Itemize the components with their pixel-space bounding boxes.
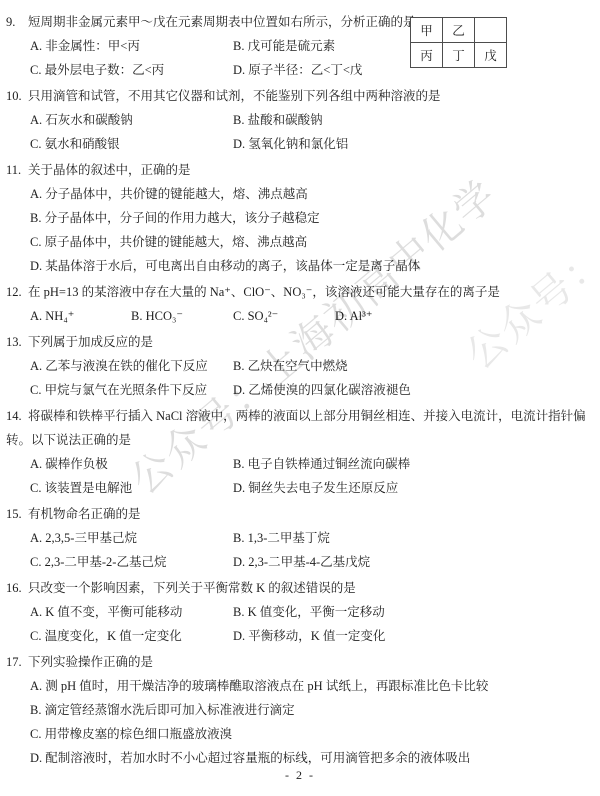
- option-d: D. 某晶体溶于水后，可电离出自由移动的离子，该晶体一定是离子晶体: [30, 254, 600, 278]
- questions-list: 9.短周期非金属元素甲～戊在元素周期表中位置如右所示，分析正确的是 A. 非金属…: [0, 10, 600, 770]
- options-grid: A. 非金属性：甲<丙 B. 戊可能是硫元素 C. 最外层电子数：乙<丙 D. …: [0, 34, 600, 82]
- option-a: A. 测 pH 值时，用干燥洁净的玻璃棒醮取溶液点在 pH 试纸上，再跟标准比色…: [30, 674, 600, 698]
- options-grid: A. 碳棒作负极 B. 电子自铁棒通过铜丝流向碳棒 C. 该装置是电解池 D. …: [0, 452, 600, 500]
- option-b: B. 盐酸和碳酸钠: [233, 108, 600, 132]
- question-12: 12.在 pH=13 的某溶液中存在大量的 Na⁺、ClO⁻、NO₃⁻，该溶液还…: [0, 280, 600, 328]
- option-a: A. 石灰水和碳酸钠: [30, 108, 233, 132]
- question-14: 14.将碳棒和铁棒平行插入 NaCl 溶液中，两棒的液面以上部分用铜丝相连、并接…: [0, 404, 600, 500]
- question-number: 16.: [6, 576, 28, 600]
- table-row: 甲 乙: [411, 18, 507, 43]
- options-list: A. 分子晶体中，共价键的键能越大，熔、沸点越高 B. 分子晶体中，分子间的作用…: [0, 182, 600, 278]
- question-stem-text: 在 pH=13 的某溶液中存在大量的 Na⁺、ClO⁻、NO₃⁻，该溶液还可能大…: [28, 285, 500, 299]
- question-stem: 16.只改变一个影响因素，下列关于平衡常数 K 的叙述错误的是: [0, 576, 600, 600]
- option-a: A. K 值不变，平衡可能移动: [30, 600, 233, 624]
- question-stem-text: 下列实验操作正确的是: [28, 655, 153, 669]
- question-number: 15.: [6, 502, 28, 526]
- option-b: B. 电子自铁棒通过铜丝流向碳棒: [233, 452, 600, 476]
- option-c: C. 甲烷与氯气在光照条件下反应: [30, 378, 233, 402]
- option-a: A. 非金属性：甲<丙: [30, 34, 233, 58]
- option-c: C. SO₄²⁻: [233, 304, 335, 328]
- question-stem: 14.将碳棒和铁棒平行插入 NaCl 溶液中，两棒的液面以上部分用铜丝相连、并接…: [0, 404, 600, 452]
- question-stem: 11.关于晶体的叙述中，正确的是: [0, 158, 600, 182]
- option-b: B. 滴定管经蒸馏水洗后即可加入标准液进行滴定: [30, 698, 600, 722]
- question-number: 13.: [6, 330, 28, 354]
- question-number: 17.: [6, 650, 28, 674]
- option-c: C. 该装置是电解池: [30, 476, 233, 500]
- option-d: D. 乙烯使溴的四氯化碳溶液褪色: [233, 378, 600, 402]
- question-stem: 15.有机物命名正确的是: [0, 502, 600, 526]
- question-9: 9.短周期非金属元素甲～戊在元素周期表中位置如右所示，分析正确的是 A. 非金属…: [0, 10, 600, 82]
- option-b: B. 分子晶体中，分子间的作用力越大，该分子越稳定: [30, 206, 600, 230]
- question-stem: 12.在 pH=13 的某溶液中存在大量的 Na⁺、ClO⁻、NO₃⁻，该溶液还…: [0, 280, 600, 304]
- option-b: B. 1,3-二甲基丁烷: [233, 526, 600, 550]
- options-row: A. NH₄⁺ B. HCO₃⁻ C. SO₄²⁻ D. Al³⁺: [0, 304, 600, 328]
- option-a: A. 2,3,5-三甲基己烷: [30, 526, 233, 550]
- option-c: C. 用带橡皮塞的棕色细口瓶盛放液溴: [30, 722, 600, 746]
- option-d: D. 2,3-二甲基-4-乙基戊烷: [233, 550, 600, 574]
- exam-page: 公众号：上海初高中化学 公众号：上海初高中化学 甲 乙 丙 丁 戊 9.短周期非…: [0, 0, 600, 796]
- question-stem-text: 短周期非金属元素甲～戊在元素周期表中位置如右所示，分析正确的是: [28, 15, 416, 29]
- question-stem-text: 只改变一个影响因素，下列关于平衡常数 K 的叙述错误的是: [28, 581, 356, 595]
- option-a: A. 碳棒作负极: [30, 452, 233, 476]
- option-d: D. 配制溶液时，若加水时不小心超过容量瓶的标线，可用滴管把多余的液体吸出: [30, 746, 600, 770]
- option-d: D. 氢氧化钠和氯化铝: [233, 132, 600, 156]
- table-cell-empty: [475, 18, 507, 43]
- option-c: C. 最外层电子数：乙<丙: [30, 58, 233, 82]
- table-row: 丙 丁 戊: [411, 43, 507, 68]
- question-stem: 13.下列属于加成反应的是: [0, 330, 600, 354]
- option-c: C. 氨水和硝酸银: [30, 132, 233, 156]
- question-stem-text: 有机物命名正确的是: [28, 507, 141, 521]
- option-a: A. NH₄⁺: [30, 304, 131, 328]
- question-stem: 10.只用滴管和试管，不用其它仪器和试剂，不能鉴别下列各组中两种溶液的是: [0, 84, 600, 108]
- question-number: 14.: [6, 404, 28, 428]
- question-stem: 17.下列实验操作正确的是: [0, 650, 600, 674]
- question-10: 10.只用滴管和试管，不用其它仪器和试剂，不能鉴别下列各组中两种溶液的是 A. …: [0, 84, 600, 156]
- question-16: 16.只改变一个影响因素，下列关于平衡常数 K 的叙述错误的是 A. K 值不变…: [0, 576, 600, 648]
- option-b: B. HCO₃⁻: [131, 304, 233, 328]
- option-b: B. K 值变化，平衡一定移动: [233, 600, 600, 624]
- page-number: - 2 -: [0, 768, 600, 783]
- question-stem: 9.短周期非金属元素甲～戊在元素周期表中位置如右所示，分析正确的是: [0, 10, 600, 34]
- option-a: A. 乙苯与液溴在铁的催化下反应: [30, 354, 233, 378]
- table-cell-wu: 戊: [475, 43, 507, 68]
- question-stem-text: 将碳棒和铁棒平行插入 NaCl 溶液中，两棒的液面以上部分用铜丝相连、并接入电流…: [6, 409, 586, 447]
- question-number: 10.: [6, 84, 28, 108]
- option-b: B. 乙炔在空气中燃烧: [233, 354, 600, 378]
- option-c: C. 温度变化，K 值一定变化: [30, 624, 233, 648]
- question-stem-text: 只用滴管和试管，不用其它仪器和试剂，不能鉴别下列各组中两种溶液的是: [28, 89, 441, 103]
- question-13: 13.下列属于加成反应的是 A. 乙苯与液溴在铁的催化下反应 B. 乙炔在空气中…: [0, 330, 600, 402]
- question-number: 12.: [6, 280, 28, 304]
- option-d: D. 铜丝失去电子发生还原反应: [233, 476, 600, 500]
- question-number: 9.: [6, 10, 28, 34]
- table-cell-jia: 甲: [411, 18, 443, 43]
- options-grid: A. K 值不变，平衡可能移动 B. K 值变化，平衡一定移动 C. 温度变化，…: [0, 600, 600, 648]
- option-a: A. 分子晶体中，共价键的键能越大，熔、沸点越高: [30, 182, 600, 206]
- option-d: D. Al³⁺: [335, 304, 600, 328]
- table-cell-bing: 丙: [411, 43, 443, 68]
- options-grid: A. 石灰水和碳酸钠 B. 盐酸和碳酸钠 C. 氨水和硝酸银 D. 氢氧化钠和氯…: [0, 108, 600, 156]
- question-17: 17.下列实验操作正确的是 A. 测 pH 值时，用干燥洁净的玻璃棒醮取溶液点在…: [0, 650, 600, 770]
- option-d: D. 平衡移动，K 值一定变化: [233, 624, 600, 648]
- question-15: 15.有机物命名正确的是 A. 2,3,5-三甲基己烷 B. 1,3-二甲基丁烷…: [0, 502, 600, 574]
- question-stem-text: 下列属于加成反应的是: [28, 335, 153, 349]
- options-grid: A. 乙苯与液溴在铁的催化下反应 B. 乙炔在空气中燃烧 C. 甲烷与氯气在光照…: [0, 354, 600, 402]
- question-stem-text: 关于晶体的叙述中，正确的是: [28, 163, 191, 177]
- option-c: C. 原子晶体中，共价键的键能越大，熔、沸点越高: [30, 230, 600, 254]
- table-cell-yi: 乙: [443, 18, 475, 43]
- periodic-position-table: 甲 乙 丙 丁 戊: [410, 17, 507, 68]
- option-c: C. 2,3-二甲基-2-乙基己烷: [30, 550, 233, 574]
- table-cell-ding: 丁: [443, 43, 475, 68]
- options-grid: A. 2,3,5-三甲基己烷 B. 1,3-二甲基丁烷 C. 2,3-二甲基-2…: [0, 526, 600, 574]
- options-list: A. 测 pH 值时，用干燥洁净的玻璃棒醮取溶液点在 pH 试纸上，再跟标准比色…: [0, 674, 600, 770]
- question-11: 11.关于晶体的叙述中，正确的是 A. 分子晶体中，共价键的键能越大，熔、沸点越…: [0, 158, 600, 278]
- question-number: 11.: [6, 158, 28, 182]
